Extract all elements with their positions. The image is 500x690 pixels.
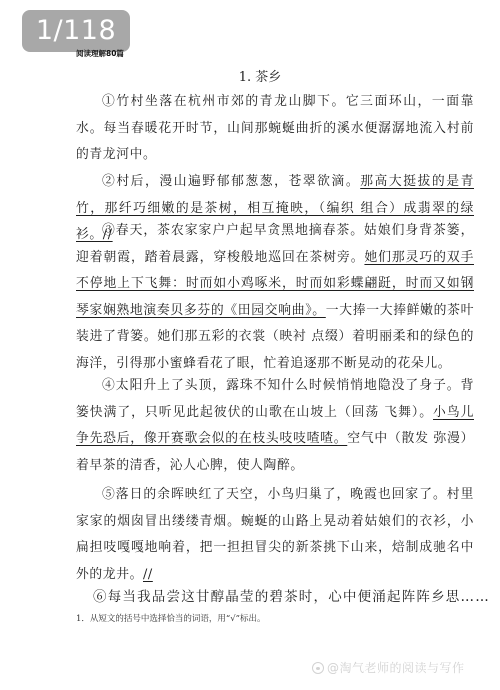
watermark: @淘气老师的阅读与写作 xyxy=(312,659,465,676)
paw-logo-icon xyxy=(312,662,324,674)
collection-heading: 阅读理解80篇 xyxy=(76,48,124,59)
paragraph-text: ①竹村坐落在杭州市郊的青龙山脚下。它三面环山，一面靠水。每当春暖花开时节，山间那… xyxy=(76,94,474,162)
article-title-text: 1. 茶乡 xyxy=(239,70,282,85)
question-1: 1．从短文的括号中选择恰当的词语，用“√”标出。 xyxy=(76,612,266,626)
paragraph-6: ⑥每当我品尝这甘醇晶莹的碧茶时，心中便涌起阵阵乡思…… xyxy=(88,584,493,611)
paragraph-text: ②村后，漫山遍野郁郁葱葱，苍翠欲滴。 xyxy=(102,174,360,189)
article-title: 1. 茶乡 xyxy=(0,66,500,85)
paragraph-4: ④太阳升上了头顶，露珠不知什么时候悄悄地隐没了身子。背篓快满了，只听见此起彼伏的… xyxy=(76,373,474,479)
paragraph-text: ④太阳升上了头顶，露珠不知什么时候悄悄地隐没了身子。背篓快满了，只听见此起彼伏的… xyxy=(76,378,474,420)
paragraph-3: ③春天，茶农家家户户起早贪黑地摘春茶。姑娘们身背茶篓，迎着朝霞，踏着晨露，穿梭般… xyxy=(76,218,474,377)
paragraph-text: ⑥每当我品尝这甘醇晶莹的碧茶时，心中便涌起阵阵乡思…… xyxy=(93,589,490,605)
page-counter-badge: 1/118 xyxy=(22,10,130,52)
underlined-mark: // xyxy=(143,567,153,582)
watermark-text: @淘气老师的阅读与写作 xyxy=(327,659,465,676)
paragraph-text: ⑤落日的余晖映红了天空，小鸟归巢了，晚霞也回家了。村里家家的烟囱冒出缕缕青烟。蜿… xyxy=(76,487,474,582)
document-page: 1/118 阅读理解80篇 1. 茶乡 ①竹村坐落在杭州市郊的青龙山脚下。它三面… xyxy=(0,0,500,690)
paragraph-5: ⑤落日的余晖映红了天空，小鸟归巢了，晚霞也回家了。村里家家的烟囱冒出缕缕青烟。蜿… xyxy=(76,482,474,588)
paragraph-1: ①竹村坐落在杭州市郊的青龙山脚下。它三面环山，一面靠水。每当春暖花开时节，山间那… xyxy=(76,89,474,169)
